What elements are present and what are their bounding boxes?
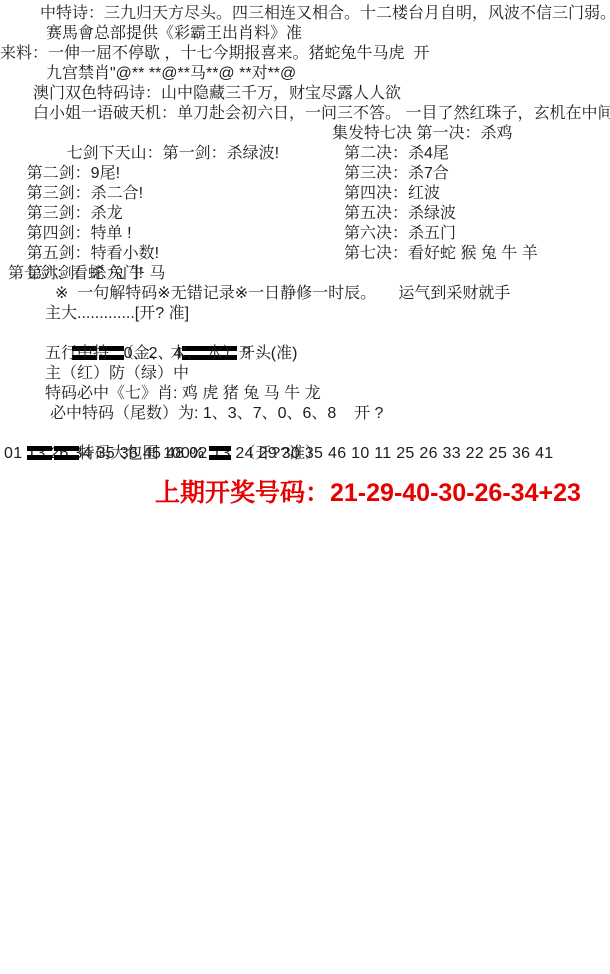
baowei-result: （开??准） (231, 445, 322, 462)
swords-row: 第二剑：9尾! 第二决：杀4尾 (0, 144, 610, 164)
black-bar-icon (27, 446, 52, 460)
swords-row: 第五剑：特看小数! 第六决：杀五门 (0, 224, 610, 244)
poem-zhongteshi: 中特诗：三九归天方尽头。四三相连又相合。十二楼台月自明，风波不信三门弱。 (0, 4, 610, 24)
note-line: ※ 一句解特码※无错记录※一日静修一时辰。 运气到采财就手 (0, 284, 610, 304)
baowei-line: 特码大包围 100% （开??准） (0, 424, 610, 444)
jue-right: 第七决：看好蛇 猴 兔 牛 羊 (344, 244, 538, 264)
jue-right: 第二决：杀4尾 (344, 144, 449, 164)
poem-baixiaojie: 白小姐一语破天机：单刀赴会初六日，一问三不答。 一目了然红珠子，玄机在中间。 (0, 104, 610, 124)
tip-sheet-content: 中特诗：三九归天方尽头。四三相连又相合。十二楼台月自明，风波不信三门弱。 赛馬會… (0, 0, 610, 509)
poem-saima: 赛馬會总部提供《彩霸王出肖料》准 (0, 24, 610, 44)
bofang-line: 主（红）防（绿）中 (0, 364, 610, 384)
zhuda-line: 主大.............[开? 准] (0, 304, 610, 324)
swords-row: 七剑下天山：第一剑：杀绿波! 集发特七决 第一决：杀鸡 (0, 124, 610, 144)
black-bar-icon (209, 446, 231, 460)
weishu-line: 必中特码（尾数）为: 1、3、7、0、6、8 开 ? (0, 404, 610, 424)
baowei-label: 特码大包围 100% (79, 445, 209, 462)
wuxing-line: 五行中特 （金、 木、 水）开：(准) (0, 344, 610, 364)
swords-row: 第三剑：杀二合! 第三决：杀7合 (0, 164, 610, 184)
poem-lailiao: 来料：一伸一屈不停歇 ，十七今期报喜来。猪蛇兔牛马虎 开 (0, 44, 610, 64)
sword-seven-line: 第七剑：看蛇 兔 牛 马 (0, 264, 610, 284)
black-bar-icon (54, 446, 79, 460)
lottery-tip-sheet: 中特诗：三九归天方尽头。四三相连又相合。十二楼台月自明，风波不信三门弱。 赛馬會… (0, 0, 610, 974)
jue-right: 第三决：杀7合 (344, 164, 449, 184)
qixiao-line: 特码必中《七》肖: 鸡 虎 猪 兔 马 牛 龙 (0, 384, 610, 404)
jue-right: 第四决：红波 (344, 184, 440, 204)
jue-right: 集发特七决 第一决：杀鸡 (332, 124, 512, 144)
head-pick-line: 0、2、4 ? 头 (0, 324, 610, 344)
poem-jiugong: 九宫禁肖"@** **@**马**@ **对**@ (0, 64, 610, 84)
poem-aomen: 澳门双色特码诗：山中隐藏三千万，财宝尽露人人欲 (0, 84, 610, 104)
jue-right: 第六决：杀五门 (344, 224, 456, 244)
swords-row: 第四剑：特单 ! 第五决：杀绿波 (0, 204, 610, 224)
swords-row: 第三剑：杀龙 第四决：红波 (0, 184, 610, 204)
jue-right: 第五决：杀绿波 (344, 204, 456, 224)
swords-row: 第六剑：杀六门! 第七决：看好蛇 猴 兔 牛 羊 (0, 244, 610, 264)
previous-draw-result: 上期开奖号码：21-29-40-30-26-34+23 (0, 473, 610, 509)
